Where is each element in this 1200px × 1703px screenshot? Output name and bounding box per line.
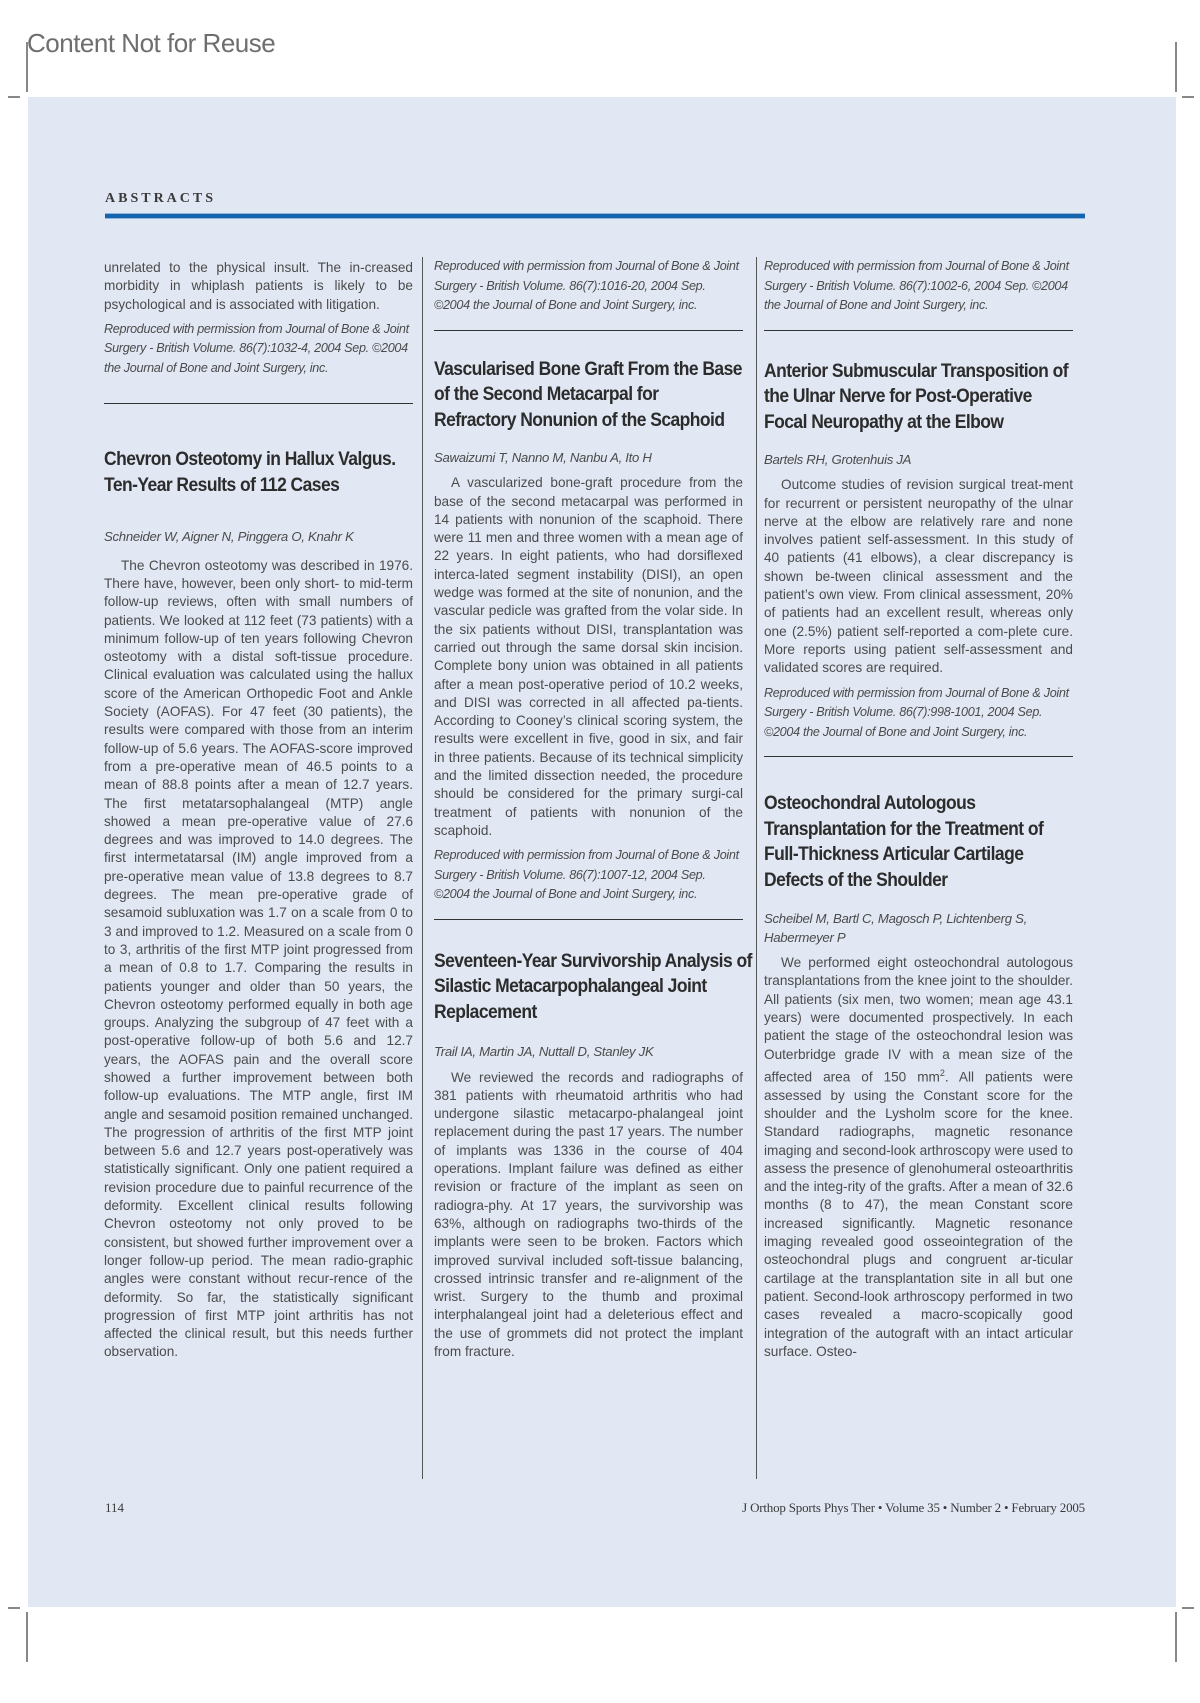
article-vascularised-bone-graft: Vascularised Bone Graft From the Base of… [434, 357, 743, 905]
article-ulnar-nerve-transposition: Anterior Submuscular Transposition of th… [764, 359, 1073, 743]
header-rule [105, 214, 1085, 218]
crop-mark-bottom-left-h [8, 1607, 20, 1609]
article-abstract: A vascularized bone-graft procedure from… [434, 474, 743, 840]
abstract-text: . All patients were assessed by using th… [764, 1069, 1073, 1358]
reproduction-credit: Reproduced with permission from Journal … [434, 846, 743, 905]
article-abstract: Outcome studies of revision surgical tre… [764, 476, 1073, 677]
reproduction-credit: Reproduced with permission from Journal … [434, 257, 743, 316]
crop-mark-top-right-h [1182, 96, 1194, 98]
article-title-line: Vascularised Bone Graft From the Base [434, 357, 718, 383]
article-title-line: Transplantation for the Treatment of [764, 817, 1048, 843]
abstract-text: We performed eight osteochondral autolog… [764, 955, 1073, 1084]
reproduction-credit: Reproduced with permission from Journal … [764, 684, 1073, 743]
column-1: unrelated to the physical insult. The in… [104, 259, 413, 1362]
column-divider-2 [756, 257, 757, 1479]
article-osteochondral-transplantation: Osteochondral Autologous Transplantation… [764, 791, 1073, 1361]
article-title-line: Seventeen-Year Survivorship Analysis of [434, 949, 718, 975]
article-abstract: The Chevron osteotomy was described in 1… [104, 557, 413, 1362]
article-authors: Bartels RH, Grotenhuis JA [764, 451, 1073, 469]
column-divider-1 [422, 257, 423, 1479]
article-silastic-mcp-replacement: Seventeen-Year Survivorship Analysis of … [434, 949, 743, 1362]
article-title-line: Anterior Submuscular Transposition of [764, 359, 1048, 385]
article-authors: Sawaizumi T, Nanno M, Nanbu A, Ito H [434, 449, 743, 467]
article-title-line: Focal Neuropathy at the Elbow [764, 410, 1048, 436]
article-chevron-osteotomy: Chevron Osteotomy in Hallux Valgus. Ten-… [104, 447, 413, 1361]
article-abstract: We reviewed the records and radiographs … [434, 1069, 743, 1362]
article-title-line: Chevron Osteotomy in Hallux Valgus. [104, 447, 388, 473]
article-title-line: Osteochondral Autologous [764, 791, 1048, 817]
reproduction-credit: Reproduced with permission from Journal … [104, 320, 413, 379]
section-heading: ABSTRACTS [105, 191, 216, 207]
article-title-line: Refractory Nonunion of the Scaphoid [434, 408, 718, 434]
article-title-line: Full-Thickness Articular Cartilage [764, 842, 1048, 868]
watermark-text: Content Not for Reuse [27, 28, 275, 59]
column-2: Reproduced with permission from Journal … [434, 259, 743, 1361]
article-title-line: Ten-Year Results of 112 Cases [104, 473, 388, 499]
crop-mark-bottom-right-v [1175, 1612, 1177, 1662]
journal-citation: J Orthop Sports Phys Ther • Volume 35 • … [742, 1500, 1085, 1516]
crop-mark-top-left-h [8, 96, 20, 98]
page-number: 114 [105, 1500, 124, 1516]
crop-mark-top-left-v [26, 42, 28, 92]
article-title-line: Silastic Metacarpophalangeal Joint [434, 974, 718, 1000]
crop-mark-bottom-right-h [1182, 1607, 1194, 1609]
crop-mark-top-right-v [1175, 42, 1177, 92]
column-3: Reproduced with permission from Journal … [764, 259, 1073, 1361]
reproduction-credit: Reproduced with permission from Journal … [764, 257, 1073, 316]
article-title-line: Defects of the Shoulder [764, 868, 1048, 894]
journal-page: ABSTRACTS unrelated to the physical insu… [28, 97, 1176, 1607]
article-title-line: Replacement [434, 1000, 718, 1026]
article-abstract: We performed eight osteochondral autolog… [764, 954, 1073, 1361]
article-authors: Schneider W, Aigner N, Pinggera O, Knahr… [104, 528, 413, 546]
article-authors: Trail IA, Martin JA, Nuttall D, Stanley … [434, 1043, 743, 1061]
article-title-line: the Ulnar Nerve for Post-Operative [764, 384, 1048, 410]
article-title-line: of the Second Metacarpal for [434, 382, 718, 408]
continued-abstract-text: unrelated to the physical insult. The in… [104, 259, 413, 314]
crop-mark-bottom-left-v [26, 1612, 28, 1662]
article-authors: Scheibel M, Bartl C, Magosch P, Lichtenb… [764, 909, 1073, 947]
